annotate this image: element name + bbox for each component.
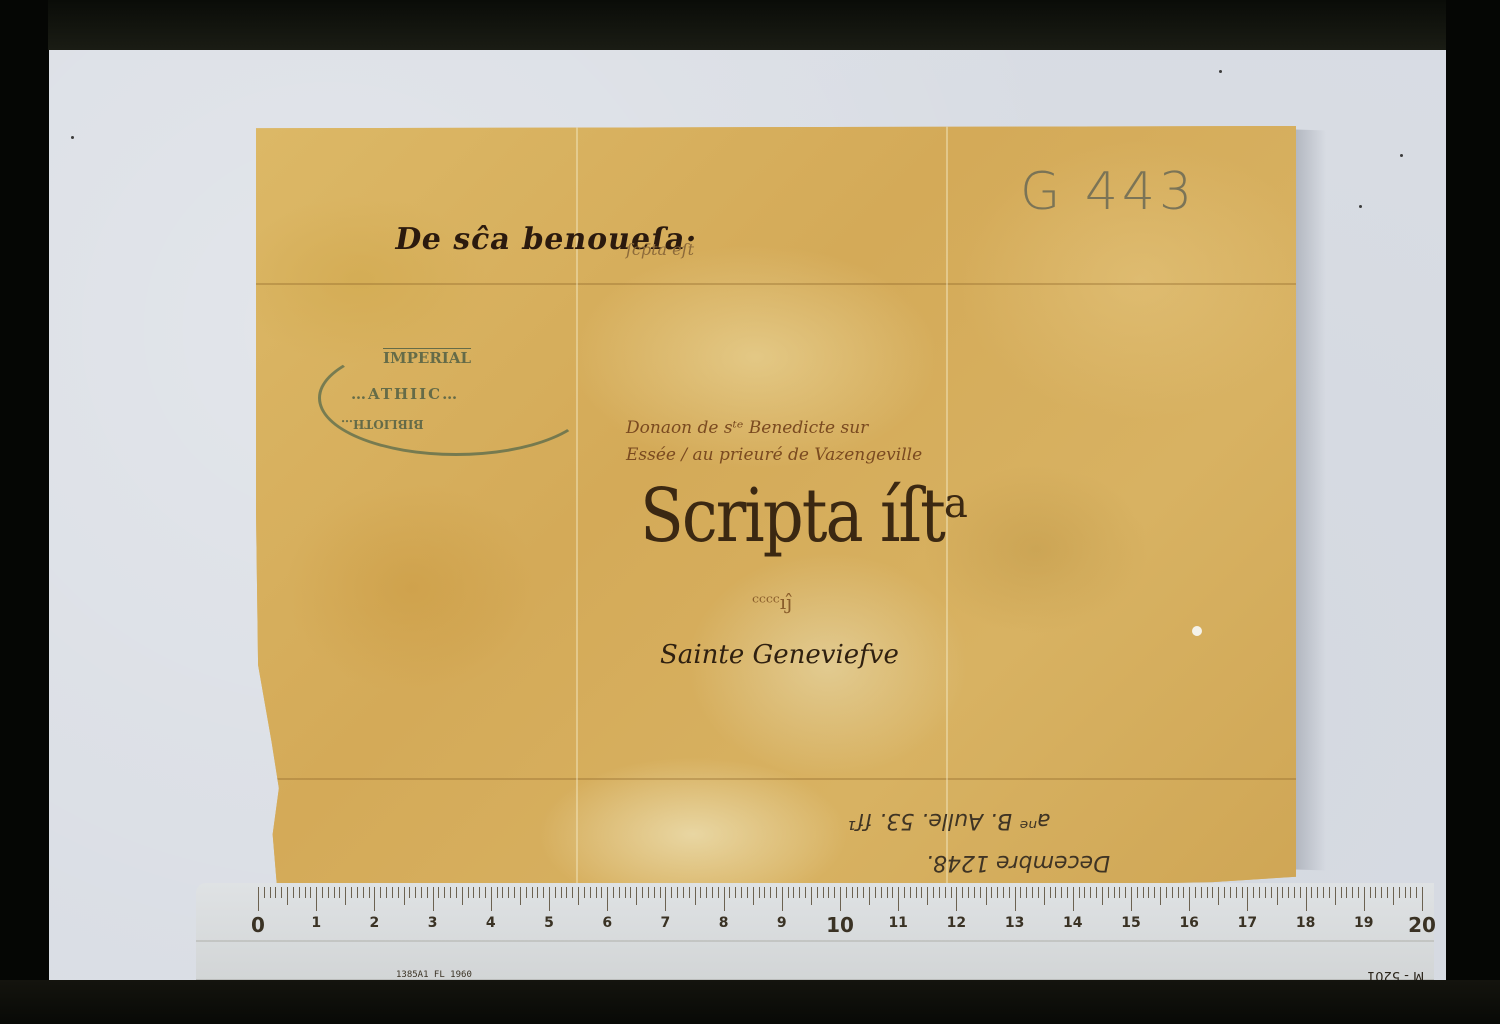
- ruler-tick: [811, 887, 812, 905]
- endorsement-line-1: Donaon de sᵗᵉ Benedicte sur: [626, 418, 868, 438]
- ruler-tick: [444, 887, 445, 898]
- ruler-tick: [1055, 887, 1056, 898]
- ruler-tick: [1102, 887, 1103, 905]
- ruler-tick: [537, 887, 538, 898]
- ruler-tick: [1125, 887, 1126, 898]
- ruler-tick: [1195, 887, 1196, 898]
- fold-line-horizontal: [256, 283, 1296, 285]
- ruler-tick: [601, 887, 602, 898]
- ruler-tick: [1020, 887, 1021, 898]
- ruler-tick: [1189, 887, 1190, 911]
- ruler-tick: [823, 887, 824, 898]
- ruler-tick: [1247, 887, 1248, 911]
- ruler-tick: [485, 887, 486, 898]
- ruler-tick: [415, 887, 416, 898]
- ruler-tick: [502, 887, 503, 898]
- hole-spot: [1192, 626, 1202, 636]
- ruler-tick: [287, 887, 288, 905]
- ruler-tick: [1364, 887, 1365, 911]
- ruler-tick: [945, 887, 946, 898]
- ruler-tick: [817, 887, 818, 898]
- ruler-label-20: 20: [1408, 913, 1436, 937]
- ruler-tick: [392, 887, 393, 898]
- ruler-tick: [630, 887, 631, 898]
- dust-speck: [71, 136, 74, 139]
- ruler-tick: [642, 887, 643, 898]
- ruler-label-1: 1: [311, 915, 321, 931]
- ruler-tick: [275, 887, 276, 898]
- ruler-tick: [951, 887, 952, 898]
- ruler-tick: [607, 887, 608, 911]
- ruler-tick: [788, 887, 789, 898]
- fold-line-horizontal: [256, 778, 1296, 780]
- ruler-tick: [683, 887, 684, 898]
- ruler-tick: [1079, 887, 1080, 898]
- ruler-tick: [281, 887, 282, 898]
- ruler-tick: [491, 887, 492, 911]
- ruler-tick: [1323, 887, 1324, 898]
- ruler-tick: [1288, 887, 1289, 898]
- ruler-tick: [654, 887, 655, 898]
- ruler-tick: [1050, 887, 1051, 898]
- ruler-tick: [735, 887, 736, 898]
- ruler-tick: [1335, 887, 1336, 905]
- ruler-tick: [468, 887, 469, 898]
- ruler-tick: [921, 887, 922, 898]
- ruler-tick: [1148, 887, 1149, 898]
- ruler-tick: [782, 887, 783, 911]
- ruler-tick: [665, 887, 666, 911]
- ruler-tick: [316, 887, 317, 911]
- ruler-tick: [857, 887, 858, 898]
- stamp-line-top: IMPERIAL: [383, 349, 471, 367]
- heading-annotation: ſcp̄ta eſt: [626, 240, 694, 259]
- ruler-tick: [421, 887, 422, 898]
- inverted-note-1: aⁿᵉ B. Aulle. 53. ſſ¹: [848, 808, 1051, 833]
- ruler-tick: [689, 887, 690, 898]
- ruler-tick: [770, 887, 771, 898]
- ruler-tick: [514, 887, 515, 898]
- ruler-tick: [753, 887, 754, 905]
- ruler-tick: [374, 887, 375, 911]
- ruler-tick: [462, 887, 463, 905]
- ruler-label-4: 4: [486, 915, 496, 931]
- ruler-tick: [939, 887, 940, 898]
- ruler-tick: [863, 887, 864, 898]
- ruler-tick: [869, 887, 870, 905]
- ruler-tick: [1137, 887, 1138, 898]
- ruler-tick: [648, 887, 649, 898]
- dust-speck: [1400, 154, 1403, 157]
- ruler-tick: [759, 887, 760, 898]
- ruler-tick: [1311, 887, 1312, 898]
- ruler-maker-code: 1385A1 FL 1960: [396, 970, 472, 980]
- ruler-label-3: 3: [428, 915, 438, 931]
- ruler-tick: [840, 887, 841, 911]
- ruler-tick: [1224, 887, 1225, 898]
- ruler-tick: [1131, 887, 1132, 911]
- ruler-tick: [596, 887, 597, 898]
- ruler-tick: [380, 887, 381, 898]
- ruler-tick: [962, 887, 963, 898]
- ruler-tick: [351, 887, 352, 898]
- ruler-tick: [625, 887, 626, 898]
- ruler-tick: [1405, 887, 1406, 898]
- ruler-tick: [1061, 887, 1062, 898]
- ruler-tick: [892, 887, 893, 898]
- ruler-tick: [328, 887, 329, 898]
- ruler-tick: [1341, 887, 1342, 898]
- ruler-tick: [1212, 887, 1213, 898]
- ruler-tick: [776, 887, 777, 898]
- ruler-tick: [357, 887, 358, 898]
- ruler-tick: [898, 887, 899, 911]
- ruler-tick: [473, 887, 474, 898]
- ruler-tick: [339, 887, 340, 898]
- ruler-tick: [1253, 887, 1254, 898]
- ruler-tick: [1026, 887, 1027, 898]
- pencil-shelfmark: G 443: [1020, 162, 1196, 222]
- ruler-tick: [450, 887, 451, 898]
- ruler-tick: [881, 887, 882, 898]
- ruler-tick: [409, 887, 410, 898]
- lower-inscription: Sainte Geneviefve: [660, 640, 899, 670]
- parchment-shadow: [1296, 129, 1326, 870]
- ruler-tick: [520, 887, 521, 905]
- ruler-tick: [578, 887, 579, 905]
- ruler-tick: [741, 887, 742, 898]
- ruler-tick: [1015, 887, 1016, 911]
- ruler-tick: [270, 887, 271, 898]
- ruler-tick: [916, 887, 917, 898]
- ruler-label-13: 13: [1005, 915, 1024, 931]
- ruler-tick: [590, 887, 591, 898]
- ruler-tick: [1352, 887, 1353, 898]
- ruler-tick: [677, 887, 678, 898]
- ruler-label-17: 17: [1238, 915, 1257, 931]
- ruler-tick: [1259, 887, 1260, 898]
- ruler-tick: [1166, 887, 1167, 898]
- ruler-tick: [828, 887, 829, 898]
- ruler-tick: [532, 887, 533, 898]
- roman-numeral: ᶜᶜᶜᶜıĵ: [752, 590, 792, 614]
- ruler-label-6: 6: [602, 915, 612, 931]
- ruler-tick: [310, 887, 311, 898]
- ruler-tick: [497, 887, 498, 898]
- ruler-label-19: 19: [1354, 915, 1373, 931]
- ruler-tick: [543, 887, 544, 898]
- ruler-tick: [1183, 887, 1184, 898]
- ruler-tick: [1306, 887, 1307, 911]
- ruler-tick: [1108, 887, 1109, 898]
- ruler-tick: [718, 887, 719, 898]
- ruler-label-16: 16: [1179, 915, 1198, 931]
- library-stamp: IMPERIAL …ATHIIC… BIBLIOTH…: [318, 340, 594, 456]
- ruler-tick: [1038, 887, 1039, 898]
- ruler-tick: [671, 887, 672, 898]
- ruler-tick: [834, 887, 835, 898]
- ruler-tick: [799, 887, 800, 898]
- slide-frame-bottom: [0, 980, 1500, 1024]
- endorsement-line-2: Essée / au prieuré de Vazengeville: [626, 445, 922, 465]
- ruler-tick: [613, 887, 614, 898]
- ruler-tick: [1375, 887, 1376, 898]
- ruler-tick: [1329, 887, 1330, 898]
- ruler-tick: [706, 887, 707, 898]
- ruler-tick: [1096, 887, 1097, 898]
- ruler-tick: [747, 887, 748, 898]
- ruler-tick: [1282, 887, 1283, 898]
- ruler-tick: [1416, 887, 1417, 898]
- ruler-label-0: 0: [251, 913, 265, 937]
- ruler-tick: [1032, 887, 1033, 898]
- ruler-tick: [1271, 887, 1272, 898]
- ruler-tick: [1178, 887, 1179, 898]
- ruler-tick: [1119, 887, 1120, 898]
- ruler-tick: [438, 887, 439, 898]
- ruler-tick: [345, 887, 346, 905]
- ruler-tick: [1207, 887, 1208, 898]
- ruler-tick: [1009, 887, 1010, 898]
- ruler-label-8: 8: [719, 915, 729, 931]
- ruler-tick: [729, 887, 730, 898]
- ruler-tick: [1044, 887, 1045, 905]
- ruler-label-9: 9: [777, 915, 787, 931]
- ruler-tick: [561, 887, 562, 898]
- ruler-tick: [793, 887, 794, 898]
- ruler-tick: [1410, 887, 1411, 898]
- ruler-tick: [1073, 887, 1074, 911]
- ruler-tick: [980, 887, 981, 898]
- ruler-tick: [584, 887, 585, 898]
- ruler-tick: [805, 887, 806, 898]
- ruler-tick: [956, 887, 957, 911]
- ruler-tick: [700, 887, 701, 898]
- ruler-tick: [456, 887, 457, 898]
- ruler-tick: [1201, 887, 1202, 898]
- dust-speck: [1219, 70, 1222, 73]
- ruler-tick: [695, 887, 696, 905]
- ruler-tick: [1346, 887, 1347, 898]
- ruler-tick: [427, 887, 428, 898]
- ruler-tick: [1218, 887, 1219, 905]
- ruler-tick: [369, 887, 370, 898]
- ruler-label-11: 11: [888, 915, 907, 931]
- ruler-tick: [299, 887, 300, 898]
- ruler-tick: [1172, 887, 1173, 898]
- ruler-tick: [986, 887, 987, 905]
- ruler-tick: [433, 887, 434, 911]
- ruler-label-10: 10: [826, 913, 854, 937]
- ruler-tick: [974, 887, 975, 898]
- ruler-tick: [1154, 887, 1155, 898]
- ruler-tick: [1358, 887, 1359, 898]
- ruler-tick: [1381, 887, 1382, 898]
- ruler-tick: [1370, 887, 1371, 898]
- large-gothic-word: Scripta íſtᵃ: [640, 474, 967, 559]
- ruler-tick: [875, 887, 876, 898]
- ruler-tick: [1317, 887, 1318, 898]
- ruler-tick: [997, 887, 998, 898]
- ruler-tick: [1160, 887, 1161, 905]
- ruler-tick: [910, 887, 911, 898]
- ruler-tick: [479, 887, 480, 898]
- ruler-tick: [764, 887, 765, 898]
- ruler-label-15: 15: [1121, 915, 1140, 931]
- ruler-label-7: 7: [661, 915, 671, 931]
- ruler-tick: [305, 887, 306, 898]
- ruler-tick: [1114, 887, 1115, 898]
- ruler-tick: [1236, 887, 1237, 898]
- ruler-tick: [1143, 887, 1144, 898]
- ruler-tick: [724, 887, 725, 911]
- ruler-tick: [1294, 887, 1295, 898]
- ruler-tick: [887, 887, 888, 898]
- ruler-tick: [1399, 887, 1400, 898]
- ruler-label-12: 12: [947, 915, 966, 931]
- ruler-tick: [555, 887, 556, 898]
- ruler-tick: [1090, 887, 1091, 898]
- ruler-tick: [1242, 887, 1243, 898]
- stamp-line-bottom: BIBLIOTH…: [341, 417, 424, 431]
- ruler-label-2: 2: [370, 915, 380, 931]
- centimetre-ruler: 01234567891011121314151617181920 1385A1 …: [196, 883, 1434, 981]
- ruler-tick: [1230, 887, 1231, 898]
- ruler-tick: [968, 887, 969, 898]
- ruler-tick: [572, 887, 573, 898]
- ruler-tick: [619, 887, 620, 898]
- ruler-tick: [1277, 887, 1278, 905]
- ruler-tick: [927, 887, 928, 905]
- ruler-tick: [398, 887, 399, 898]
- slide-frame-right: [1446, 0, 1500, 1024]
- slide-frame-left: [0, 0, 49, 1024]
- inverted-date-note: Decembre 1248.: [926, 850, 1110, 875]
- ruler-tick: [258, 887, 259, 911]
- ruler-tick: [293, 887, 294, 898]
- ruler-tick: [1387, 887, 1388, 898]
- ruler-tick: [636, 887, 637, 905]
- ruler-tick: [1084, 887, 1085, 898]
- ruler-tick: [1300, 887, 1301, 898]
- ruler-tick: [264, 887, 265, 898]
- ruler-label-5: 5: [544, 915, 554, 931]
- ruler-tick: [852, 887, 853, 898]
- slide-frame-top: [48, 0, 1448, 50]
- ruler-tick: [404, 887, 405, 905]
- ruler-tick: [660, 887, 661, 898]
- ruler-tick: [846, 887, 847, 898]
- ruler-tick: [904, 887, 905, 898]
- ruler-tick: [363, 887, 364, 898]
- ruler-tick: [1265, 887, 1266, 898]
- dust-speck: [1359, 205, 1362, 208]
- ruler-tick: [991, 887, 992, 898]
- ruler-tick: [386, 887, 387, 898]
- ruler-tick: [526, 887, 527, 898]
- ruler-tick: [712, 887, 713, 898]
- ruler-tick: [1422, 887, 1423, 911]
- ruler-tick: [549, 887, 550, 911]
- ruler-edge-line: [196, 940, 1434, 942]
- ruler-label-18: 18: [1296, 915, 1315, 931]
- ruler-label-14: 14: [1063, 915, 1082, 931]
- ruler-tick: [1067, 887, 1068, 898]
- stamp-line-middle: …ATHIIC…: [351, 385, 459, 403]
- ruler-tick: [566, 887, 567, 898]
- ruler-tick: [322, 887, 323, 898]
- ruler-tick: [1003, 887, 1004, 898]
- ruler-tick: [933, 887, 934, 898]
- ruler-tick: [334, 887, 335, 898]
- ruler-tick: [508, 887, 509, 898]
- ruler-tick: [1393, 887, 1394, 905]
